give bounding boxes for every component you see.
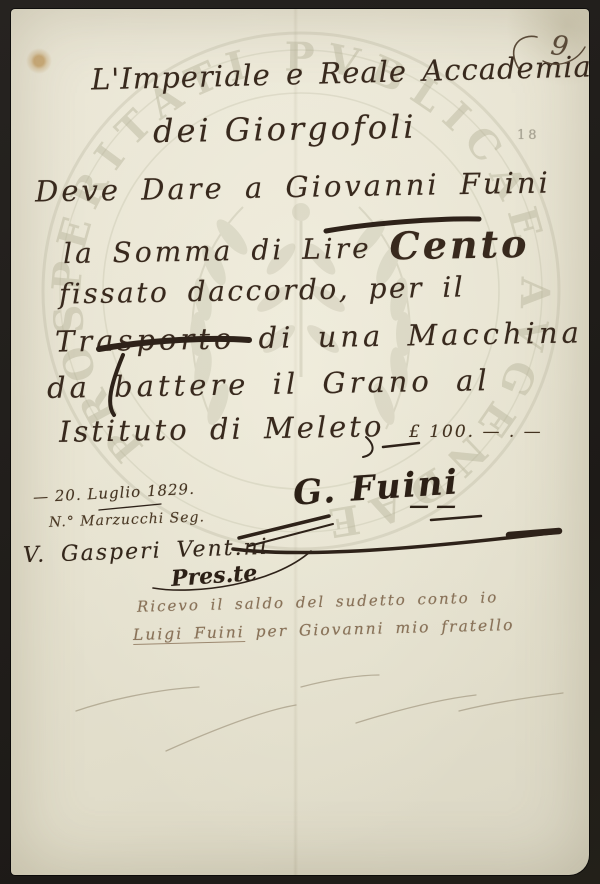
pencil-flourishes bbox=[76, 675, 563, 751]
signature-long-underline bbox=[233, 532, 559, 553]
receipt-line-1: Ricevo il saldo del sudetto conto io bbox=[137, 590, 499, 614]
body-line-2: la Somma di Lire Cento bbox=[63, 223, 530, 269]
body-line-3: fissato daccordo, per il bbox=[59, 273, 466, 308]
president-title: Pres.te bbox=[170, 562, 258, 590]
secretary-signature: N.° Marzucchi Seg. bbox=[49, 510, 205, 529]
date-underline bbox=[99, 504, 161, 510]
meleto-dash bbox=[383, 443, 419, 447]
signature-underline-blot bbox=[509, 531, 559, 535]
body-line-5: da battere il Grano al bbox=[47, 366, 491, 403]
heading-line-2: dei Giorgofoli bbox=[153, 111, 417, 148]
date-line: — 20. Luglio 1829. bbox=[33, 482, 196, 505]
signature-dashes: — — bbox=[409, 495, 456, 515]
receipt-line-2: Luigi Fuini per Giovanni mio fratello bbox=[133, 618, 515, 643]
heading-line-1: L'Imperiale e Reale Accademia bbox=[91, 52, 592, 94]
body-line-4: Trasporto di una Macchina bbox=[55, 318, 583, 356]
receipt-signer-name: Luigi Fuini bbox=[133, 623, 245, 645]
body-line-2-text: la Somma di Lire bbox=[63, 231, 390, 270]
amount-figure: £ 100. — . — bbox=[409, 424, 543, 441]
receipt-line-2-rest: per Giovanni mio fratello bbox=[244, 616, 514, 641]
body-line-6: Istituto di Meleto bbox=[59, 412, 385, 447]
amount-in-words: Cento bbox=[389, 221, 530, 268]
folio-number: 18 bbox=[517, 129, 540, 142]
body-line-1: Deve Dare a Giovanni Fuini bbox=[35, 169, 551, 207]
manuscript-page: PROSPERITATI PVBLICAE AVGENDAE bbox=[11, 9, 589, 875]
